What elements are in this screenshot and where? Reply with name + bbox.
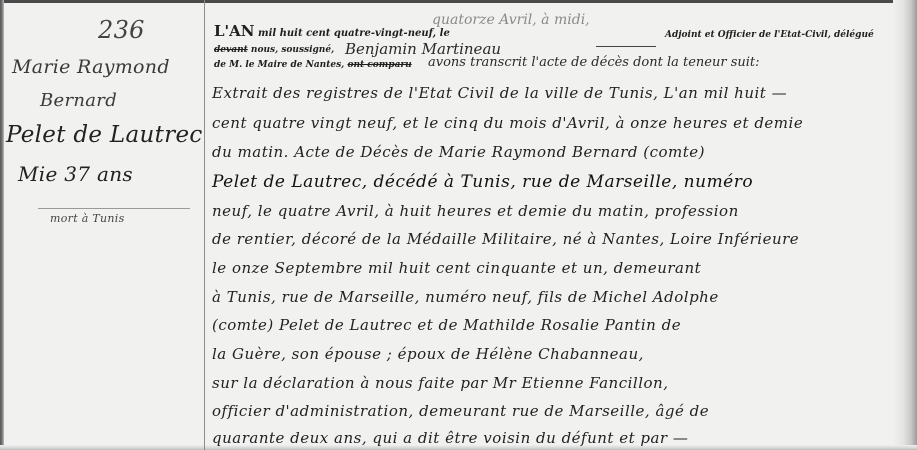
official-name-underline (596, 46, 656, 47)
printed-line-2: devant nous, soussigné, (214, 45, 334, 55)
body-line: cent quatre vingt neuf, et le cinq du mo… (212, 114, 803, 132)
body-line: neuf, le quatre Avril, à huit heures et … (212, 202, 739, 220)
margin-column: 236 Marie Raymond Bernard Pelet de Lautr… (0, 0, 204, 450)
body-line: officier d'administration, demeurant rue… (212, 402, 709, 420)
printed-line-3: de M. le Maire de Nantes, ont comparu (214, 60, 412, 70)
printed-adjoint-label: Adjoint et Officier de l'Etat-Civil, dél… (665, 30, 874, 40)
printed-maire: de M. le Maire de Nantes, (214, 60, 344, 70)
printed-lan: L'AN (214, 22, 255, 40)
printed-year: mil huit cent quatre-vingt-neuf, le (258, 28, 450, 39)
scan-right-edge (893, 0, 917, 450)
printed-line-1: L'AN mil huit cent quatre-vingt-neuf, le (214, 22, 450, 40)
printed-struck-comparu: ont comparu (347, 60, 411, 70)
body-line: la Guère, son épouse ; époux de Hélène C… (212, 345, 644, 363)
body-line: le onze Septembre mil huit cent cinquant… (212, 259, 701, 277)
margin-name-line2: Bernard (40, 90, 117, 111)
margin-name-line3: Pelet de Lautrec (6, 122, 203, 148)
handwritten-transcription-phrase: avons transcrit l'acte de décès dont la … (428, 55, 760, 70)
record-number: 236 (98, 16, 145, 44)
printed-struck-devant: devant (214, 45, 248, 55)
body-line: du matin. Acte de Décès de Marie Raymond… (212, 143, 705, 161)
body-line: à Tunis, rue de Marseille, numéro neuf, … (212, 288, 719, 306)
handwritten-date: quatorze Avril, à midi, (432, 12, 590, 28)
body-line: Extrait des registres de l'Etat Civil de… (212, 84, 787, 102)
body-line: (comte) Pelet de Lautrec et de Mathilde … (212, 316, 681, 334)
body-line: quarante deux ans, qui a dit être voisin… (212, 429, 688, 447)
document-page: 236 Marie Raymond Bernard Pelet de Lautr… (0, 0, 917, 450)
margin-death-note: mort à Tunis (50, 212, 125, 225)
margin-age: Mie 37 ans (18, 162, 133, 186)
printed-soussigne: nous, soussigné, (251, 45, 334, 55)
body-line: sur la déclaration à nous faite par Mr E… (212, 374, 668, 392)
margin-rule (204, 0, 205, 450)
body-line: de rentier, décoré de la Médaille Milita… (212, 230, 799, 248)
body-line: Pelet de Lautrec, décédé à Tunis, rue de… (212, 172, 753, 192)
margin-divider (38, 208, 190, 209)
margin-name-line1: Marie Raymond (12, 56, 170, 78)
